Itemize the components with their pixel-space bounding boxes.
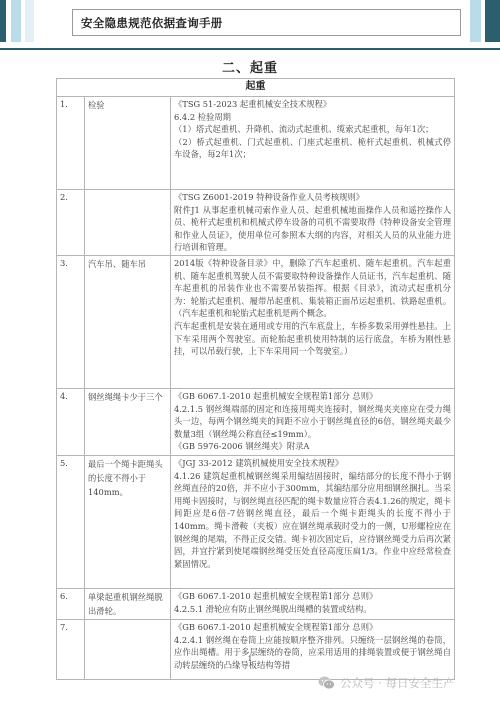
row-item: 钢丝绳绳卡少于三个: [85, 389, 171, 456]
content-line: 《TSG Z6001-2019 特种设备作业人员考核规则》: [174, 191, 451, 204]
content-line: （2）桥式起重机、门式起重机、门座式起重机、桅杆式起重机、机械式停车设备，每2年…: [174, 136, 451, 161]
content-line: 6.4.2 检验周期: [174, 111, 451, 124]
row-number: 3.: [57, 256, 85, 389]
row-content: 2014版《特种设备目录》中，删除了汽车起重机、随车起重机。汽车起重机、随车起重…: [171, 256, 455, 389]
table-row: 1. 检验 《TSG 51-2023 起重机械安全技术规程》 6.4.2 检验周…: [57, 97, 455, 190]
row-item: 最后一个绳卡距绳头的长度不得小于140mm。: [85, 456, 171, 589]
header-decor-bar: [470, 0, 481, 42]
content-line: 附件J1 从事起重机械司索作业人员、起重机械地面操作人员和遥控操作人员、桅杆式起…: [174, 204, 451, 254]
header-title-box: 安全隐患规范依据查询手册: [72, 9, 461, 36]
row-item: 单梁起重机钢丝绳脱出滑轮。: [85, 589, 171, 620]
content-line: 4.2.5.1 滑轮应有防止钢丝绳脱出绳槽的装置或结构。: [174, 603, 451, 616]
section-title: 二、起重: [0, 57, 500, 76]
table-row: 3. 汽车吊、随车吊 2014版《特种设备目录》中，删除了汽车起重机、随车起重机…: [57, 256, 455, 389]
content-line: 《JGJ 33-2012 建筑机械使用安全技术规程》: [174, 457, 451, 470]
row-item: [85, 190, 171, 256]
content-line: 4.2.1.5 钢丝绳端部的固定和连接用绳夹连接时，钢丝绳夹夹座应在受力绳头一边…: [174, 403, 451, 441]
table-row: 5. 最后一个绳卡距绳头的长度不得小于140mm。 《JGJ 33-2012 建…: [57, 456, 455, 589]
row-content: 《GB 6067.1-2010 起重机械安全规程第1部分 总则》 4.2.4.1…: [171, 620, 455, 680]
table-row: 7. 《GB 6067.1-2010 起重机械安全规程第1部分 总则》 4.2.…: [57, 620, 455, 680]
row-number: 4.: [57, 389, 85, 456]
content-line: （1）塔式起重机、升降机、流动式起重机、缆索式起重机，每年1次；: [174, 123, 451, 136]
content-line: 《TSG 51-2023 起重机械安全技术规程》: [174, 98, 451, 111]
watermark: 公众号 · 每日安全生产: [318, 675, 454, 691]
table-header-row: 起重: [57, 79, 455, 97]
row-item: 检验: [85, 97, 171, 190]
row-number: 7.: [57, 620, 85, 680]
table-row: 2. 《TSG Z6001-2019 特种设备作业人员考核规则》 附件J1 从事…: [57, 190, 455, 256]
header-decor-bar: [0, 0, 6, 42]
header-decor-bar: [25, 0, 34, 42]
row-number: 1.: [57, 97, 85, 190]
content-line: 《GB 5976-2006 钢丝绳夹》附录A: [174, 440, 451, 453]
table-header: 起重: [57, 79, 455, 97]
content-line: 《GB 6067.1-2010 起重机械安全规程第1部分 总则》: [174, 590, 451, 603]
header-rule: [0, 48, 500, 50]
row-content: 《GB 6067.1-2010 起重机械安全规程第1部分 总则》 4.2.1.5…: [171, 389, 455, 456]
content-line: 《GB 6067.1-2010 起重机械安全规程第1部分 总则》: [174, 390, 451, 403]
row-content: 《TSG 51-2023 起重机械安全技术规程》 6.4.2 检验周期 （1）塔…: [171, 97, 455, 190]
wechat-icon: [318, 676, 335, 690]
page-header: 安全隐患规范依据查询手册: [0, 0, 500, 50]
watermark-text: 公众号 · 每日安全生产: [340, 675, 454, 691]
table-row: 6. 单梁起重机钢丝绳脱出滑轮。 《GB 6067.1-2010 起重机械安全规…: [57, 589, 455, 620]
header-decor-bar: [11, 0, 21, 42]
regulation-table: 起重 1. 检验 《TSG 51-2023 起重机械安全技术规程》 6.4.2 …: [56, 78, 455, 680]
row-number: 6.: [57, 589, 85, 620]
row-number: 2.: [57, 190, 85, 256]
row-item: [85, 620, 171, 680]
row-content: 《JGJ 33-2012 建筑机械使用安全技术规程》 4.1.26 建筑起重机械…: [171, 456, 455, 589]
document-title: 安全隐患规范依据查询手册: [81, 15, 223, 31]
row-content: 《TSG Z6001-2019 特种设备作业人员考核规则》 附件J1 从事起重机…: [171, 190, 455, 256]
row-item: 汽车吊、随车吊: [85, 256, 171, 389]
content-line: 《GB 6067.1-2010 起重机械安全规程第1部分 总则》: [174, 621, 451, 634]
row-content: 《GB 6067.1-2010 起重机械安全规程第1部分 总则》 4.2.5.1…: [171, 589, 455, 620]
content-line: 4.2.4.1 钢丝绳在卷筒上应能按顺序整齐排列。只缠绕一层钢丝绳的卷筒，应作出…: [174, 634, 451, 672]
content-line: 2014版《特种设备目录》中，删除了汽车起重机、随车起重机。汽车起重机、随车起重…: [174, 257, 451, 320]
header-decor-bar: [485, 0, 500, 42]
row-number: 5.: [57, 456, 85, 589]
table-row: 4. 钢丝绳绳卡少于三个 《GB 6067.1-2010 起重机械安全规程第1部…: [57, 389, 455, 456]
page-number: 1: [0, 655, 500, 663]
content-line: 汽车起重机是安装在通用或专用的汽车底盘上，车桥多数采用弹性悬挂。上下车采用两个驾…: [174, 320, 451, 358]
content-line: 4.1.26 建筑起重机械钢丝绳采用编结固接时，编结部分的长度不得小于钢丝绳直径…: [174, 470, 451, 571]
